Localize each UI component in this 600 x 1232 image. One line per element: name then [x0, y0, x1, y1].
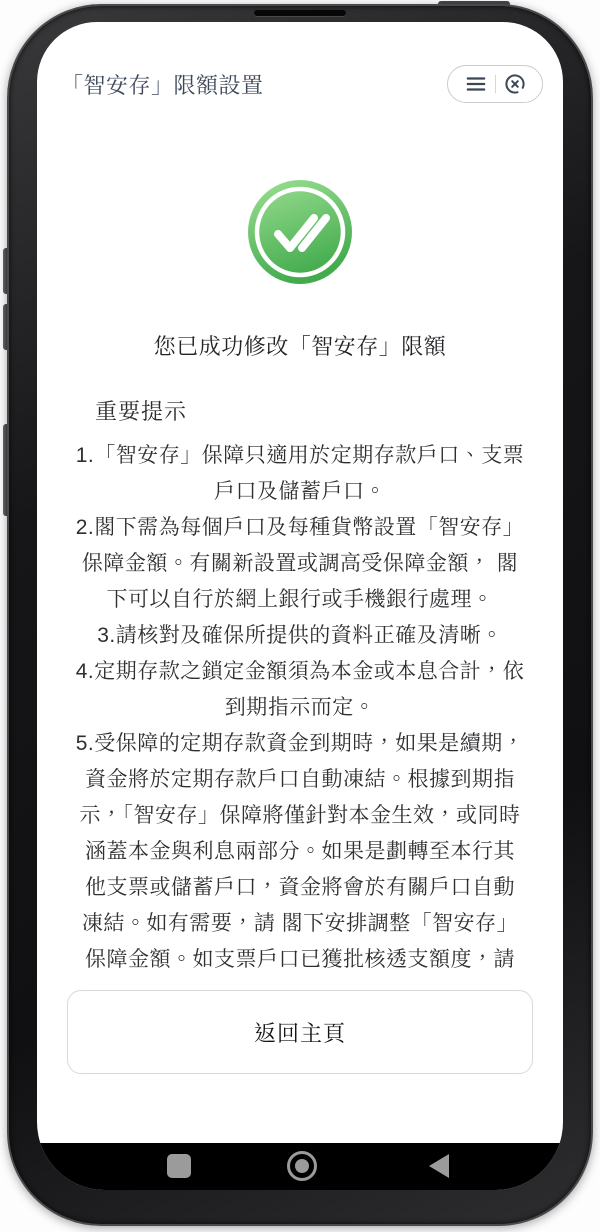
app-header: 「智安存」限額設置	[61, 64, 543, 104]
hamburger-menu-icon	[465, 73, 487, 95]
success-double-check-icon	[248, 180, 352, 284]
page-title: 「智安存」限額設置	[61, 69, 264, 100]
notice-item-2: 2.閣下需為每個戶口及每種貨幣設置「智安存」保障金額。有關新設置或調高受保障金額…	[75, 510, 525, 618]
phone-screen: 「智安存」限額設置	[37, 22, 563, 1190]
home-icon-dot	[295, 1159, 309, 1173]
phone-frame: 「智安存」限額設置	[7, 4, 593, 1226]
earpiece-speaker	[254, 10, 346, 16]
circled-x-close-icon	[503, 72, 527, 96]
android-navigation-bar	[37, 1143, 563, 1190]
important-notes-list: 1.「智安存」保障只適用於定期存款戶口、支票戶口及儲蓄戶口。 2.閣下需為每個戶…	[75, 438, 525, 971]
home-circle-icon[interactable]	[287, 1151, 317, 1181]
success-message: 您已成功修改「智安存」限額	[37, 330, 563, 361]
back-triangle-icon[interactable]	[429, 1154, 449, 1178]
header-action-pill	[447, 65, 543, 103]
app-content: 「智安存」限額設置	[37, 22, 563, 1143]
menu-button[interactable]	[457, 66, 495, 102]
notice-item-1: 1.「智安存」保障只適用於定期存款戶口、支票戶口及儲蓄戶口。	[75, 438, 525, 510]
important-notes-heading: 重要提示	[95, 395, 525, 426]
return-home-button[interactable]: 返回主頁	[67, 990, 533, 1074]
important-notes-section: 重要提示 1.「智安存」保障只適用於定期存款戶口、支票戶口及儲蓄戶口。 2.閣下…	[75, 395, 525, 971]
notice-item-5: 5.受保障的定期存款資金到期時，如果是續期，資金將於定期存款戶口自動凍結。根據到…	[75, 726, 525, 971]
recents-square-icon[interactable]	[167, 1154, 191, 1178]
screenshot-background: 「智安存」限額設置	[0, 0, 600, 1232]
notice-item-3: 3.請核對及確保所提供的資料正確及清晰。	[75, 618, 525, 654]
notice-item-4: 4.定期存款之鎖定金額須為本金或本息合計，依到期指示而定。	[75, 654, 525, 726]
close-button[interactable]	[496, 66, 534, 102]
